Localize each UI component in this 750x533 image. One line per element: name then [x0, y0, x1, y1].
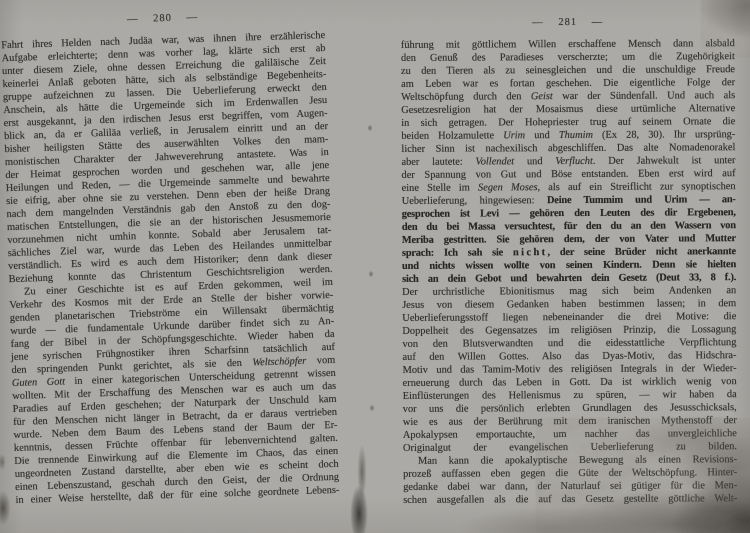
book-spread-scan: — 280 — Fahrt ihres Helden nach Judäa wa… [0, 0, 750, 533]
page-number-right: — 281 — [532, 17, 603, 28]
page-number-left: — 280 — [127, 12, 198, 25]
left-page: — 280 — Fahrt ihres Helden nach Judäa wa… [0, 7, 339, 507]
right-page: — 281 — führung mit göttlichem Willen er… [401, 15, 738, 507]
left-page-text-column: Fahrt ihres Helden nach Judäa war, was i… [1, 29, 340, 507]
right-page-text-column: führung mit göttlichem Willen erschaffen… [401, 37, 737, 507]
page-header-left: — 280 — [0, 7, 324, 30]
text-line: schen ausgefallen als die auf das Gesetz… [403, 492, 737, 507]
page-header-right: — 281 — [401, 15, 735, 30]
